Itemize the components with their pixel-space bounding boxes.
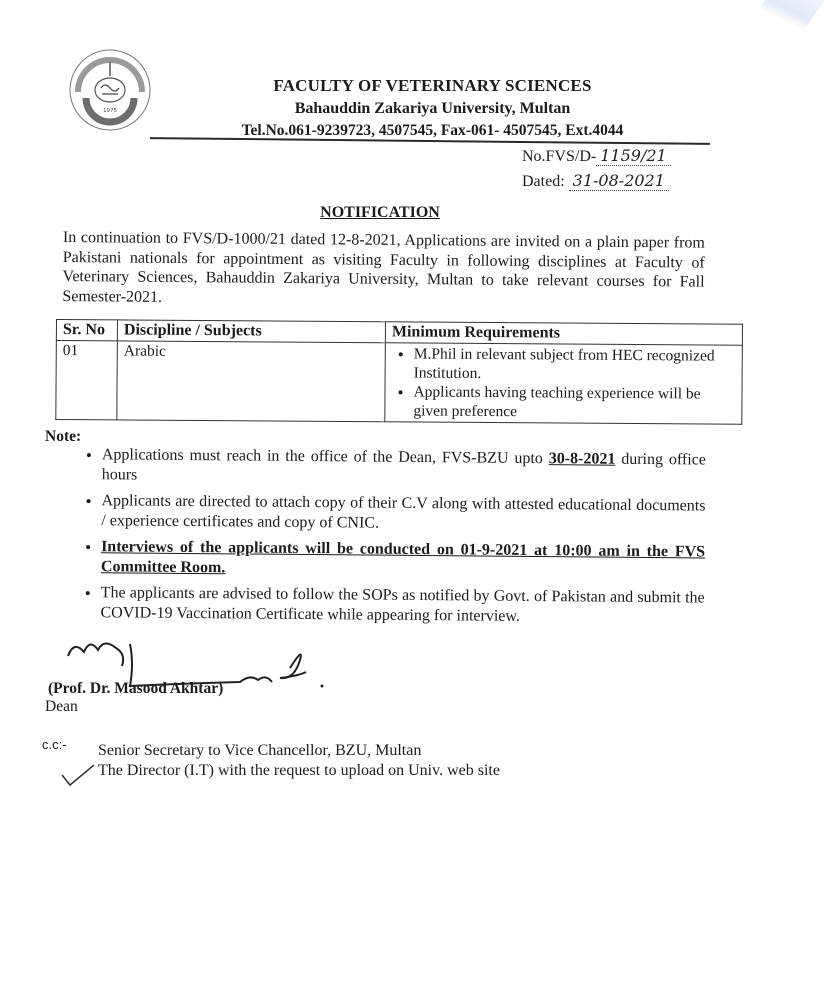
intro-paragraph: In continuation to FVS/D-1000/21 dated 1… <box>62 228 705 312</box>
cell-discipline: Arabic <box>117 341 386 422</box>
note-label: Note: <box>45 428 81 446</box>
cc-recipients: Senior Secretary to Vice Chancellor, BZU… <box>98 741 500 781</box>
reference-number: No.FVS/D-1159/21 <box>522 144 671 169</box>
header-sr-no: Sr. No <box>56 320 117 341</box>
university-name: Bahauddin Zakariya University, Multan <box>220 98 645 120</box>
university-seal-icon: 1975 <box>68 48 152 132</box>
reference-block: No.FVS/D-1159/21 Dated: 31-08-2021 <box>522 144 671 194</box>
note-item: Applicants are directed to attach copy o… <box>101 491 705 536</box>
document-title: NOTIFICATION <box>0 204 760 222</box>
header-discipline: Discipline / Subjects <box>117 320 385 343</box>
note-item: Applications must reach in the office of… <box>102 445 706 490</box>
letterhead: FACULTY OF VETERINARY SCIENCES Bahauddin… <box>220 74 645 142</box>
checkmark-icon <box>60 763 96 787</box>
cell-sr-no: 01 <box>56 341 118 420</box>
interview-notice: Interviews of the applicants will be con… <box>101 538 705 576</box>
reference-date: Dated: 31-08-2021 <box>522 169 671 194</box>
requirement-item: M.Phil in relevant subject from HEC reco… <box>414 344 736 384</box>
requirement-item: Applicants having teaching experience wi… <box>413 382 735 422</box>
signatory-name: (Prof. Dr. Masood Akhtar) <box>48 680 223 698</box>
reference-number-value: 1159/21 <box>596 146 670 166</box>
notes-list: Applications must reach in the office of… <box>74 445 706 634</box>
cell-requirements: M.Phil in relevant subject from HEC reco… <box>385 343 743 424</box>
cc-recipient: The Director (I.T) with the request to u… <box>98 761 500 781</box>
note-item: Interviews of the applicants will be con… <box>101 537 705 582</box>
faculty-name: FACULTY OF VETERINARY SCIENCES <box>220 74 645 98</box>
deadline-date: 30-8-2021 <box>549 450 616 468</box>
note-item: The applicants are advised to follow the… <box>100 583 704 628</box>
signatory-designation: Dean <box>45 698 78 716</box>
requirements-table: Sr. No Discipline / Subjects Minimum Req… <box>55 319 743 425</box>
svg-text:1975: 1975 <box>103 108 117 114</box>
cc-recipient: Senior Secretary to Vice Chancellor, BZU… <box>98 741 500 761</box>
reference-date-value: 31-08-2021 <box>569 171 669 191</box>
cc-label: c.c:- <box>42 737 67 752</box>
header-requirements: Minimum Requirements <box>385 322 742 345</box>
page-corner-shadow <box>744 0 825 30</box>
notification-document: 1975 FACULTY OF VETERINARY SCIENCES Baha… <box>0 0 825 1000</box>
table-row: 01 Arabic M.Phil in relevant subject fro… <box>56 341 743 425</box>
